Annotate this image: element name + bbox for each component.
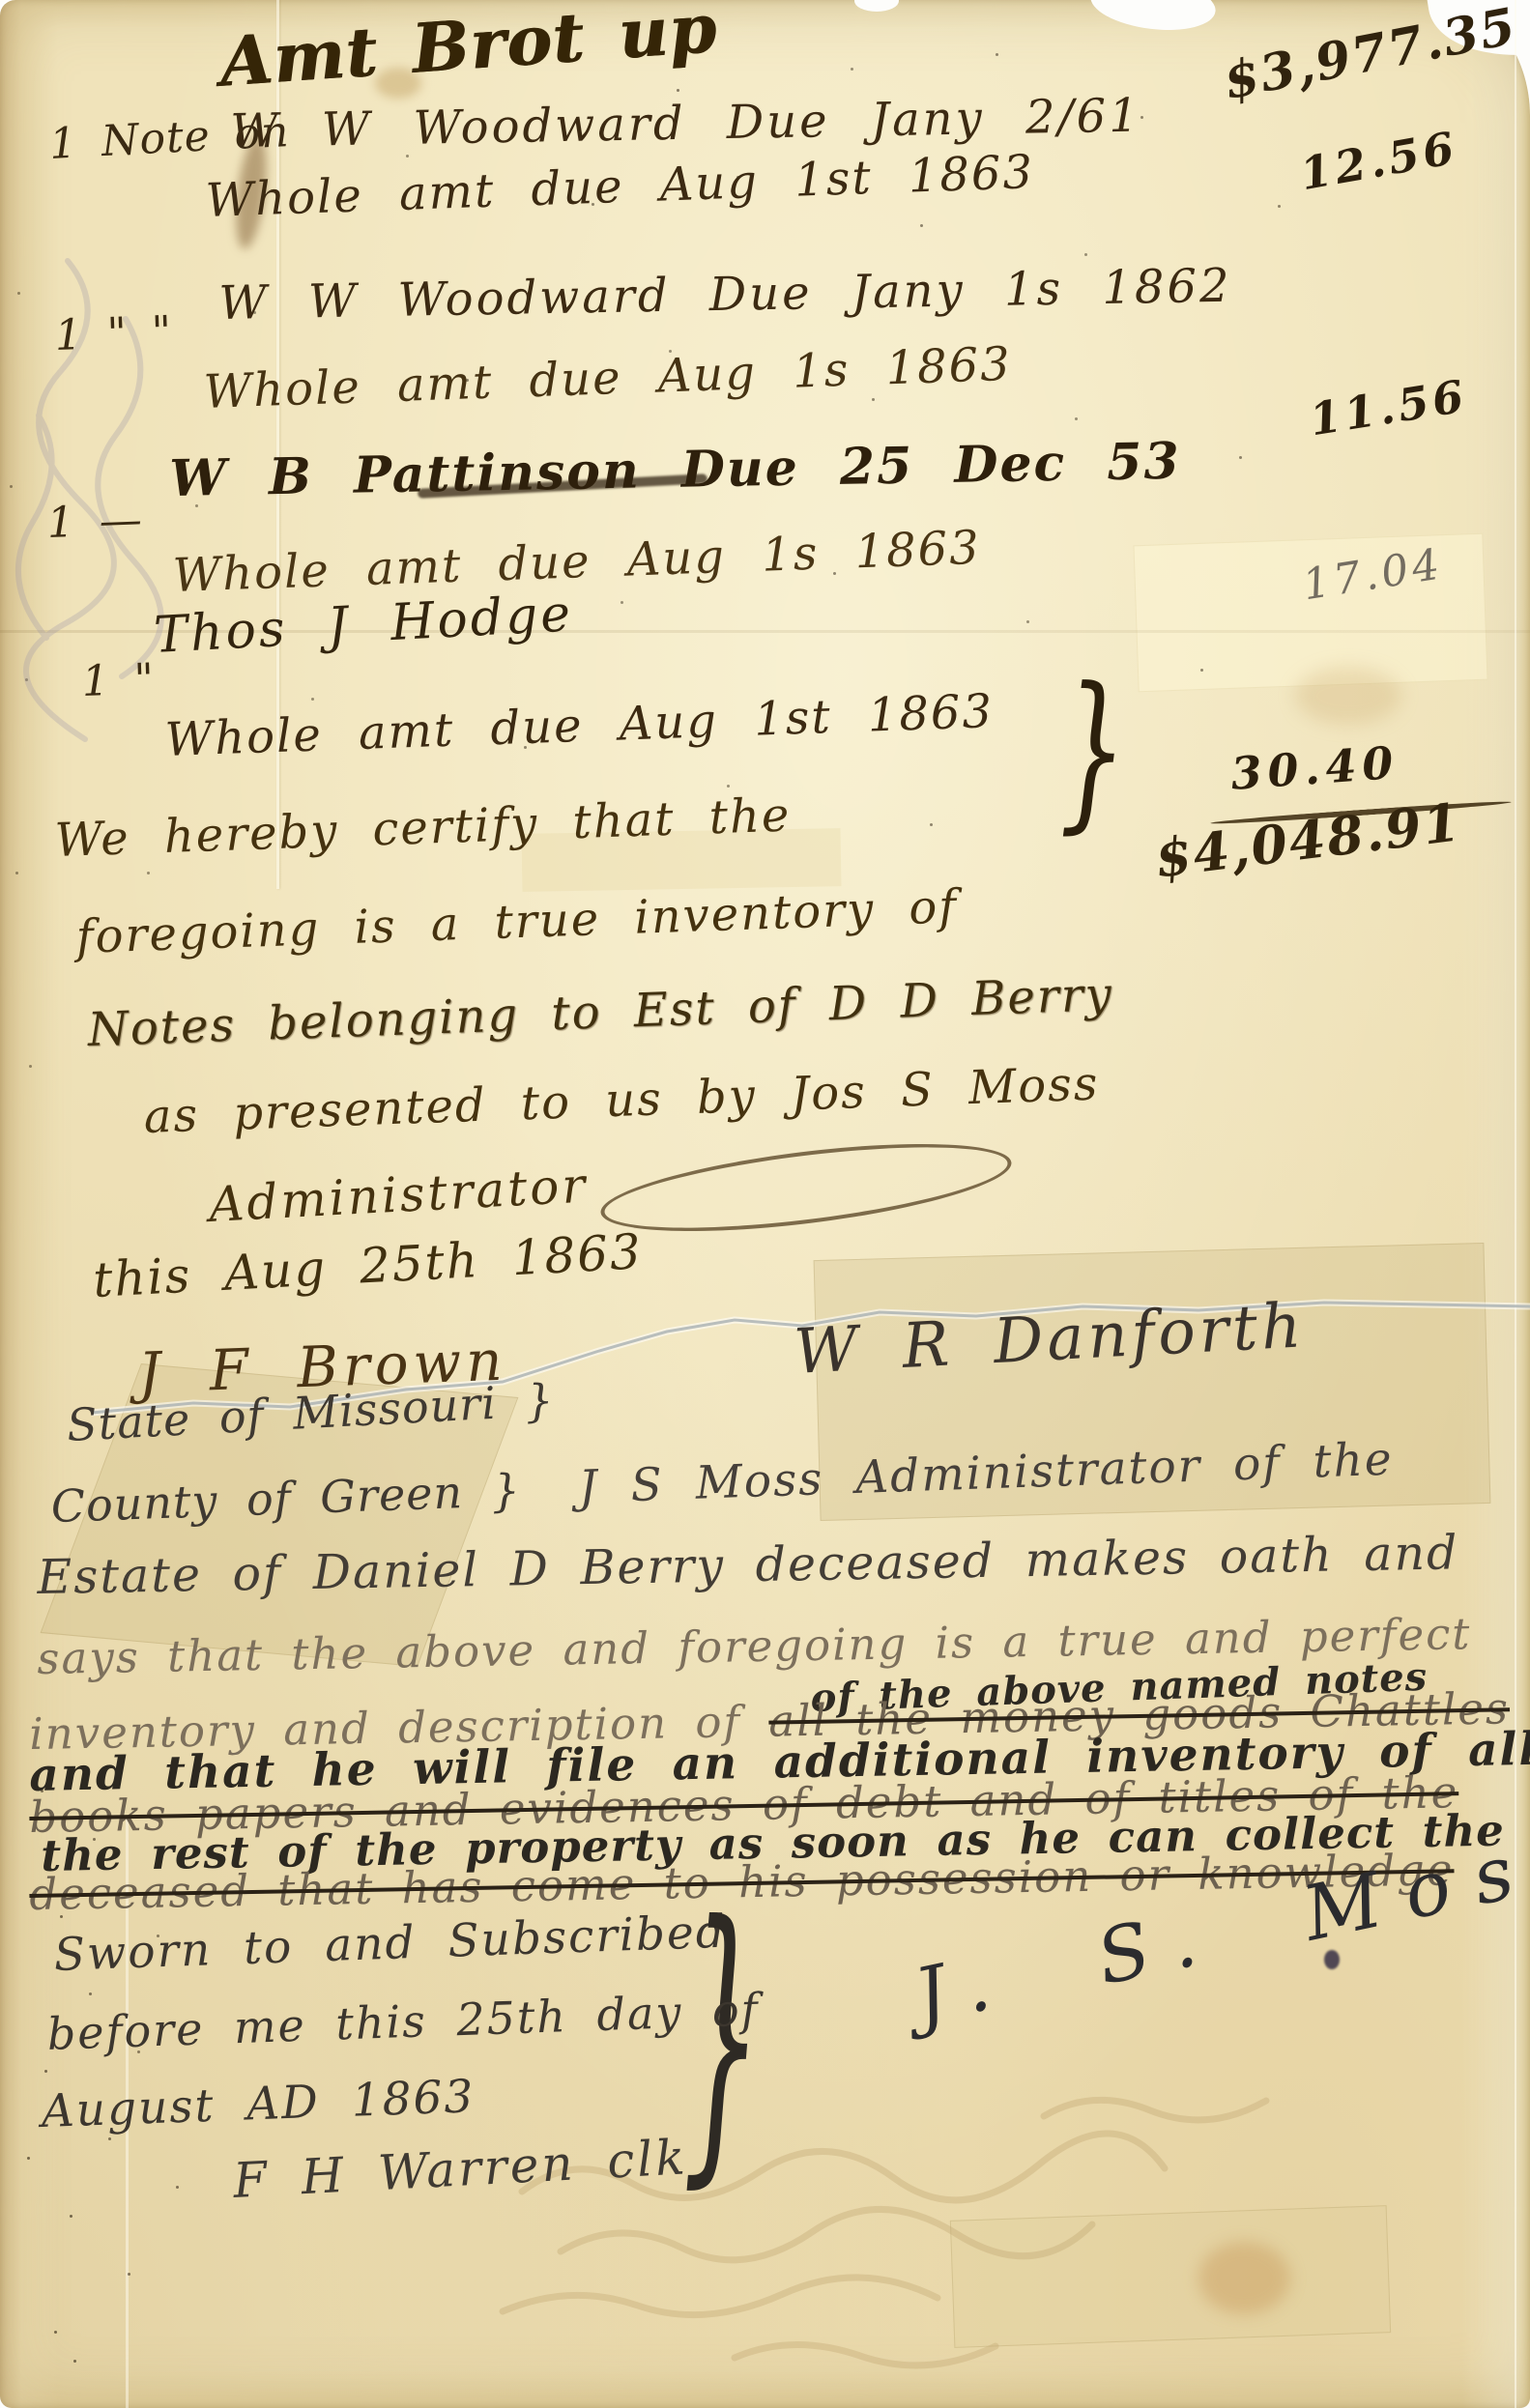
entry-qty: 1 " " [54,311,173,358]
entry-qty: 1 — [46,500,143,545]
rust-stain-bottom [1198,2242,1290,2314]
scan-background: Amt Brot up $3,977.35 1 Note on W W Wood… [0,0,1530,2408]
entry-brace: } [1059,665,1128,835]
stain-mid-right [1295,667,1401,725]
entry-qty: 1 " [81,658,156,703]
tape-patch-bottom [950,2205,1391,2348]
entry-amount: 30.40 [1229,740,1400,796]
jurat-line-3: August AD 1863 [41,2074,476,2135]
paper-speckles [0,0,3,3]
